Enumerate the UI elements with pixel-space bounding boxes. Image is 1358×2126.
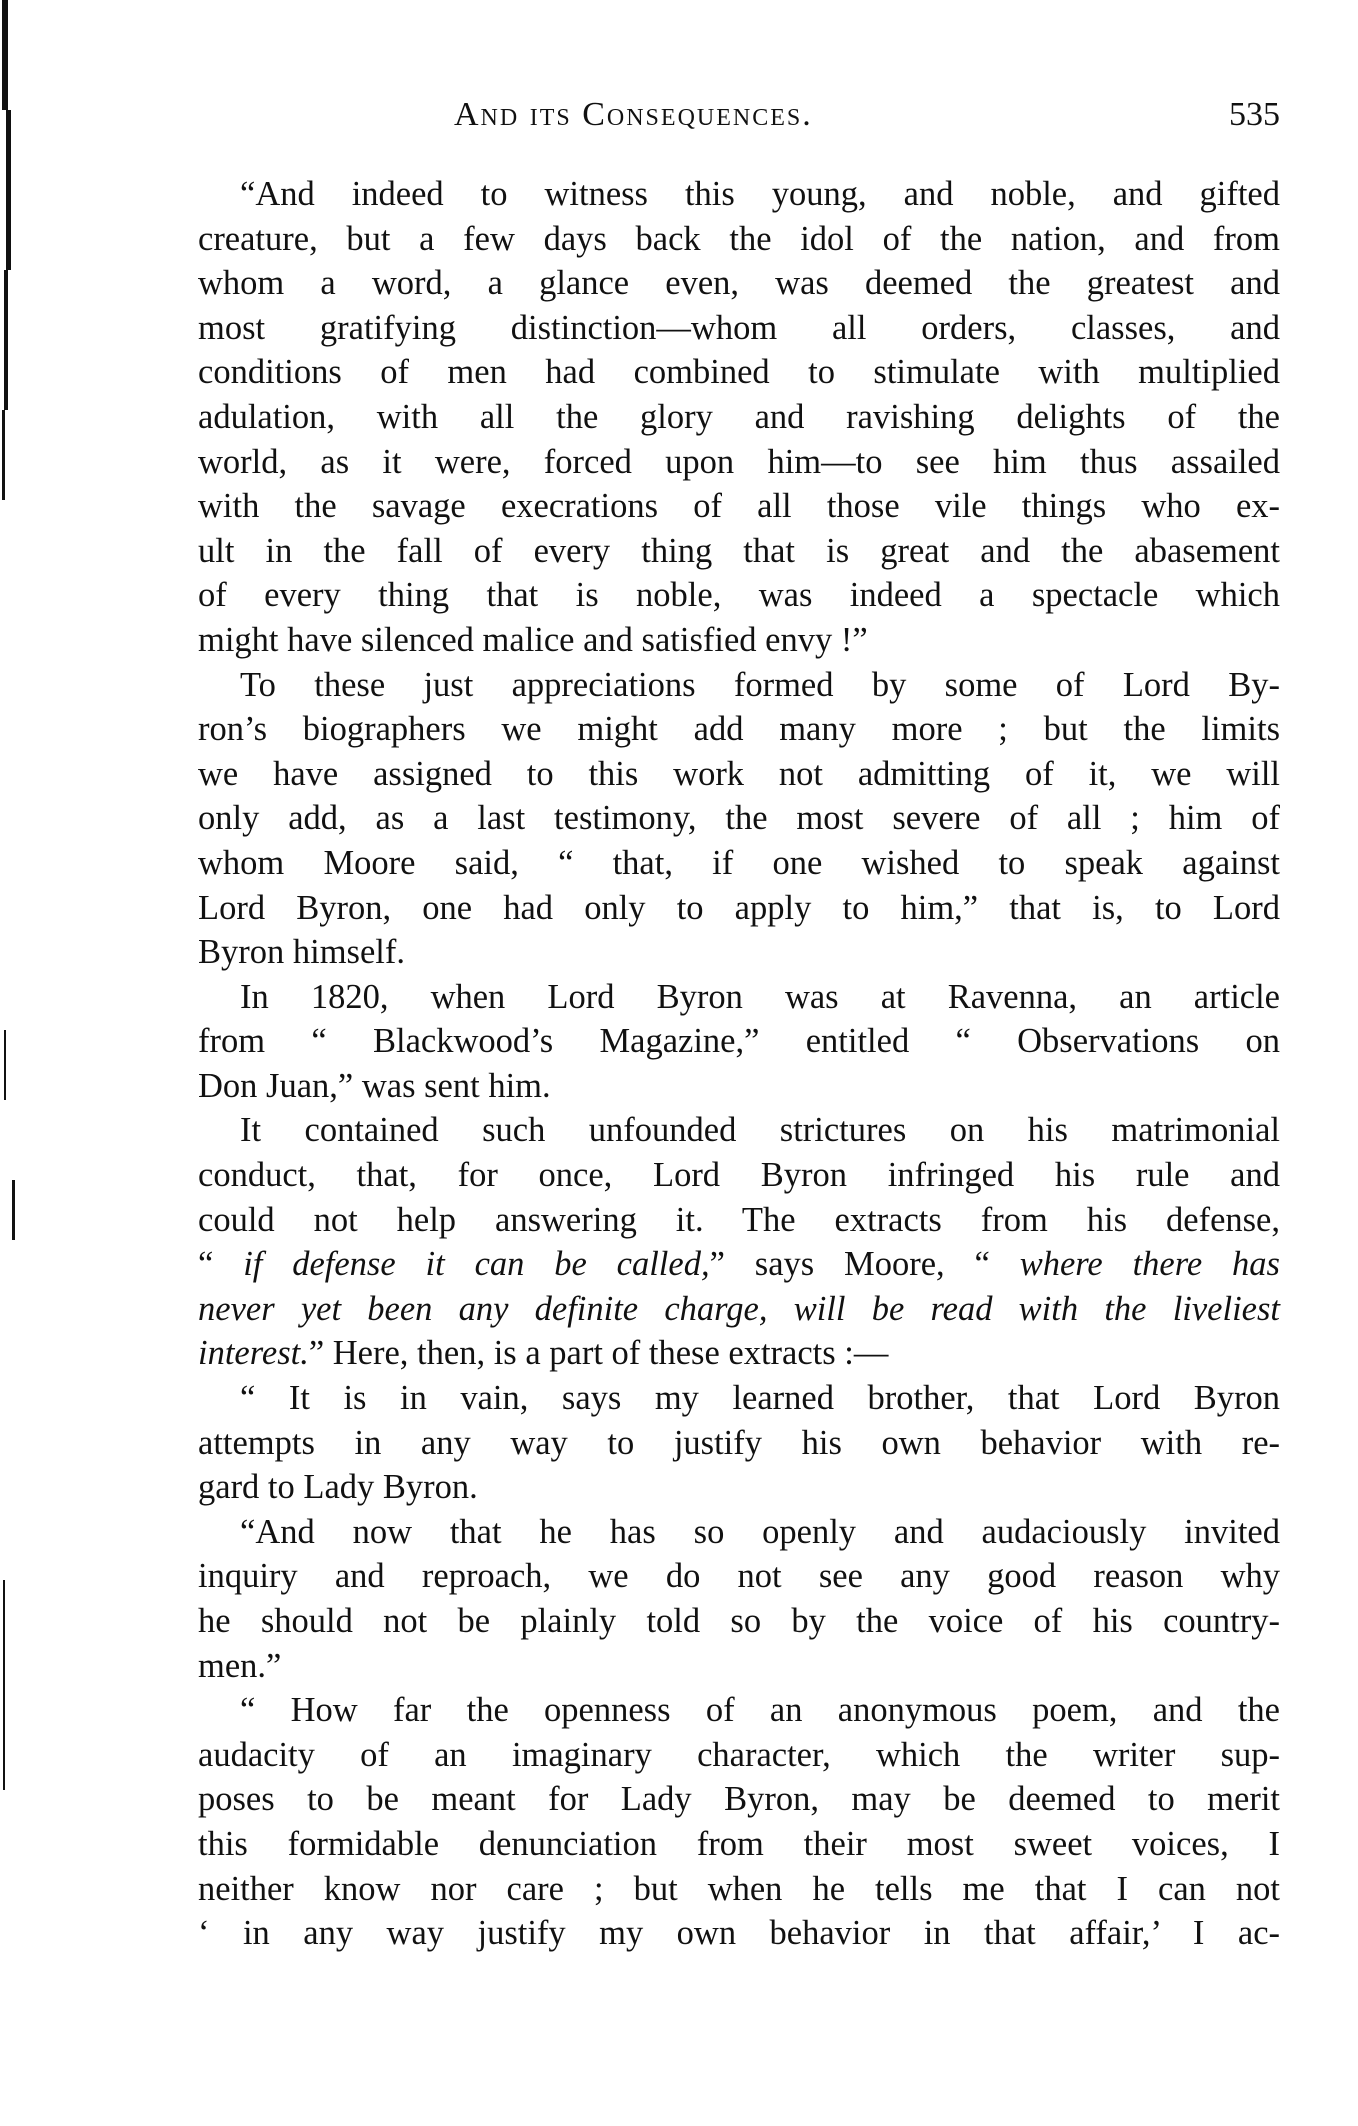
text-line: poses to be meant for Lady Byron, may be…: [198, 1777, 1280, 1822]
text-line: only add, as a last testimony, the most …: [198, 796, 1280, 841]
text-line: ‘ in any way justify my own behavior in …: [198, 1911, 1280, 1956]
text-line: whom Moore said, “ that, if one wished t…: [198, 841, 1280, 886]
text-line: “ It is in vain, says my learned brother…: [198, 1376, 1280, 1421]
body-text: “And indeed to witness this young, and n…: [198, 172, 1280, 1956]
text-line: attempts in any way to justify his own b…: [198, 1421, 1280, 1466]
text-line: It contained such unfounded strictures o…: [198, 1108, 1280, 1153]
scan-margin-line: [12, 1180, 15, 1240]
page-number: 535: [1229, 96, 1280, 134]
text-line: ult in the fall of every thing that is g…: [198, 529, 1280, 574]
text-line: he should not be plainly told so by the …: [198, 1599, 1280, 1644]
text-line: whom a word, a glance even, was deemed t…: [198, 261, 1280, 306]
text-line: might have silenced malice and satisfied…: [198, 618, 1280, 663]
text-line: with the savage execrations of all those…: [198, 484, 1280, 529]
text-line: Lord Byron, one had only to apply to him…: [198, 886, 1280, 931]
book-page: And its Consequences. 535 “And indeed to…: [0, 0, 1358, 2126]
text-line: In 1820, when Lord Byron was at Ravenna,…: [198, 975, 1280, 1020]
italic-text: never yet been any definite charge, will…: [198, 1290, 1280, 1328]
text-line: men.”: [198, 1644, 1280, 1689]
text-line: of every thing that is noble, was indeed…: [198, 573, 1280, 618]
text-line: “ if defense it can be called,” says Moo…: [198, 1242, 1280, 1287]
running-title: And its Consequences.: [454, 96, 813, 134]
text-line: “And indeed to witness this young, and n…: [198, 172, 1280, 217]
text-line: we have assigned to this work not admitt…: [198, 752, 1280, 797]
text-span: ” Here, then, is a part of these extract…: [309, 1334, 889, 1372]
running-head: And its Consequences. 535: [198, 96, 1280, 140]
text-line: ron’s biographers we might add many more…: [198, 707, 1280, 752]
text-span: ” says Moore, “: [710, 1245, 1020, 1283]
scan-margin-line: [3, 1580, 5, 1790]
text-line: To these just appreciations formed by so…: [198, 663, 1280, 708]
italic-text: if defense it can be called,: [243, 1245, 709, 1283]
text-line: conditions of men had combined to stimul…: [198, 350, 1280, 395]
text-line: world, as it were, forced upon him—to se…: [198, 440, 1280, 485]
scan-margin-line: [4, 1030, 6, 1100]
text-line: neither know nor care ; but when he tell…: [198, 1867, 1280, 1912]
text-line: audacity of an imaginary character, whic…: [198, 1733, 1280, 1778]
italic-text: where there has: [1020, 1245, 1280, 1283]
text-line: from “ Blackwood’s Magazine,” entitled “…: [198, 1019, 1280, 1064]
text-line: this formidable denunciation from their …: [198, 1822, 1280, 1867]
text-line: gard to Lady Byron.: [198, 1465, 1280, 1510]
text-line: most gratifying distinction—whom all ord…: [198, 306, 1280, 351]
text-line: Don Juan,” was sent him.: [198, 1064, 1280, 1109]
text-line: conduct, that, for once, Lord Byron infr…: [198, 1153, 1280, 1198]
text-span: “: [198, 1245, 243, 1283]
italic-text: interest.: [198, 1334, 309, 1372]
text-line: interest.” Here, then, is a part of thes…: [198, 1331, 1280, 1376]
scan-binding-edge: [0, 0, 22, 560]
text-line: adulation, with all the glory and ravish…: [198, 395, 1280, 440]
text-line: Byron himself.: [198, 930, 1280, 975]
text-line: never yet been any definite charge, will…: [198, 1287, 1280, 1332]
text-line: “And now that he has so openly and audac…: [198, 1510, 1280, 1555]
text-line: “ How far the openness of an anonymous p…: [198, 1688, 1280, 1733]
text-line: inquiry and reproach, we do not see any …: [198, 1554, 1280, 1599]
text-line: creature, but a few days back the idol o…: [198, 217, 1280, 262]
text-line: could not help answering it. The extract…: [198, 1198, 1280, 1243]
